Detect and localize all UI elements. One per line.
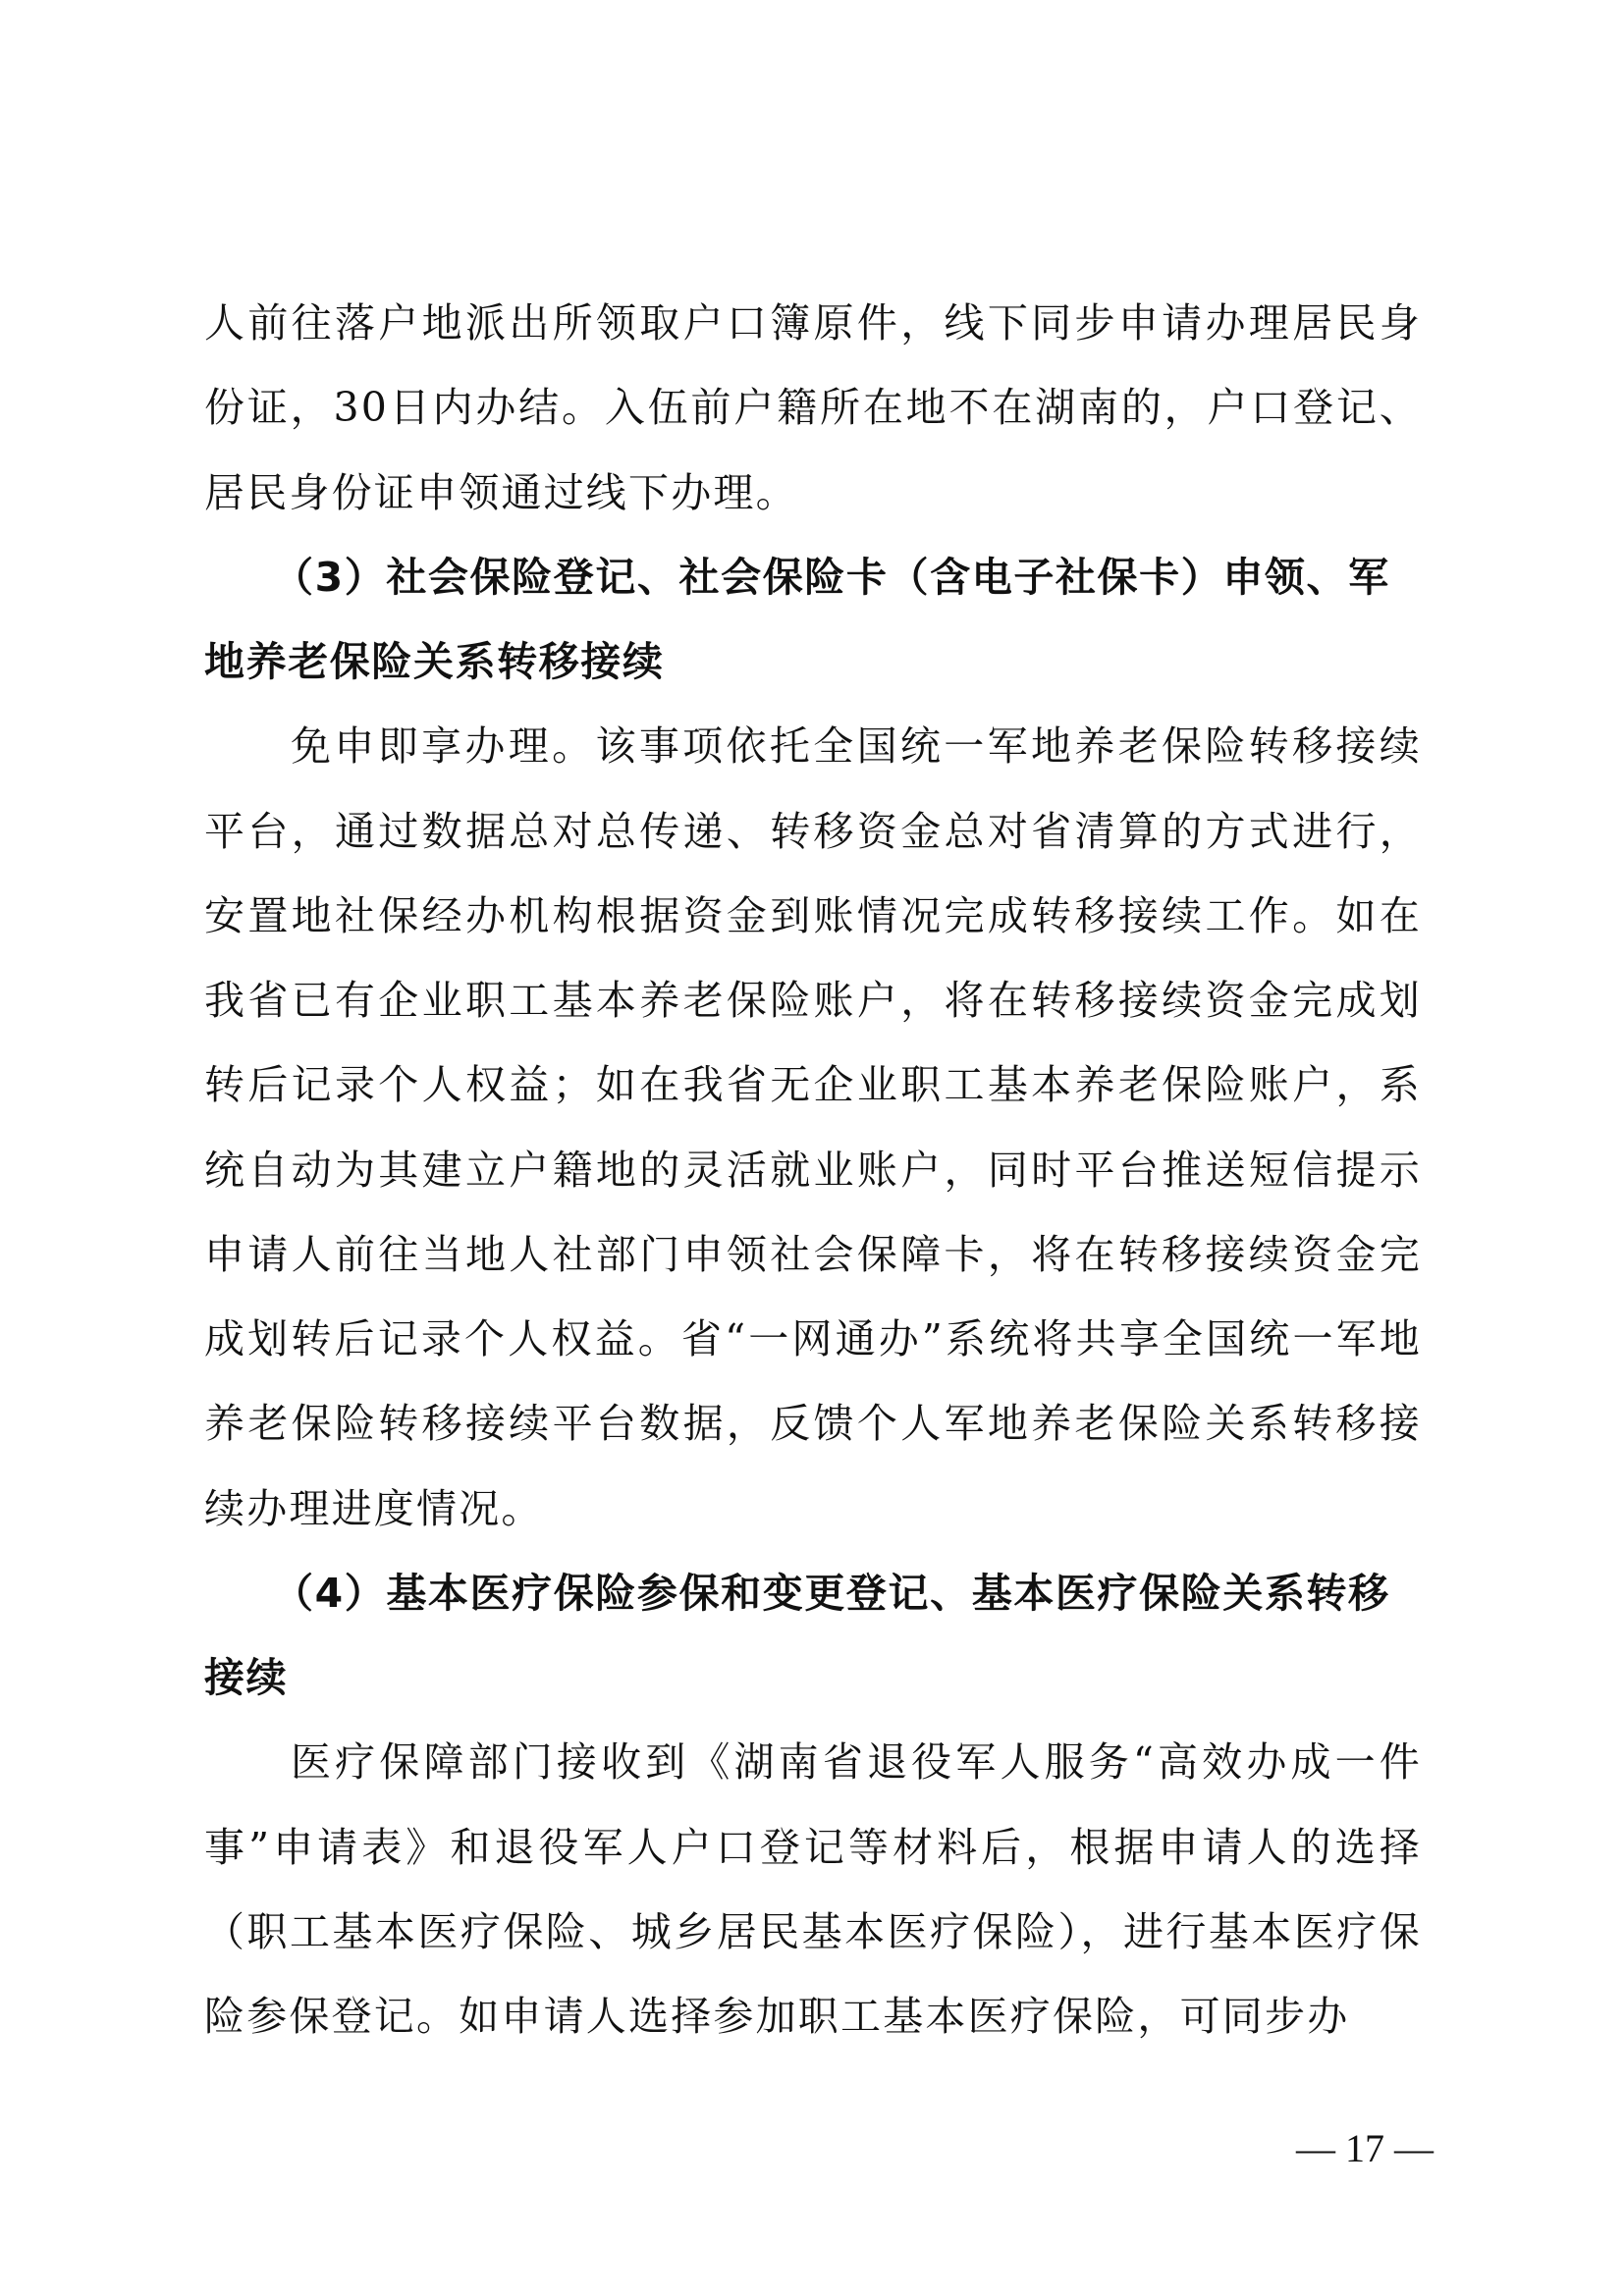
paragraph-pension-transfer: 免申即享办理。该事项依托全国统一军地养老保险转移接续平台，通过数据总对总传递、转… bbox=[204, 704, 1422, 1551]
section-heading-4-medical-insurance: （4）基本医疗保险参保和变更登记、基本医疗保险关系转移接续 bbox=[204, 1551, 1422, 1721]
document-body: 人前往落户地派出所领取户口簿原件，线下同步申请办理居民身份证，30日内办结。入伍… bbox=[204, 281, 1422, 2058]
paragraph-hukou-continuation: 人前往落户地派出所领取户口簿原件，线下同步申请办理居民身份证，30日内办结。入伍… bbox=[204, 281, 1422, 535]
document-page: 人前往落户地派出所领取户口簿原件，线下同步申请办理居民身份证，30日内办结。入伍… bbox=[0, 0, 1624, 2296]
section-heading-3-social-insurance: （3）社会保险登记、社会保险卡（含电子社保卡）申领、军地养老保险关系转移接续 bbox=[204, 535, 1422, 705]
paragraph-medical-insurance: 医疗保障部门接收到《湖南省退役军人服务“高效办成一件事”申请表》和退役军人户口登… bbox=[204, 1720, 1422, 2058]
page-number: — 17 — bbox=[1276, 2125, 1434, 2171]
